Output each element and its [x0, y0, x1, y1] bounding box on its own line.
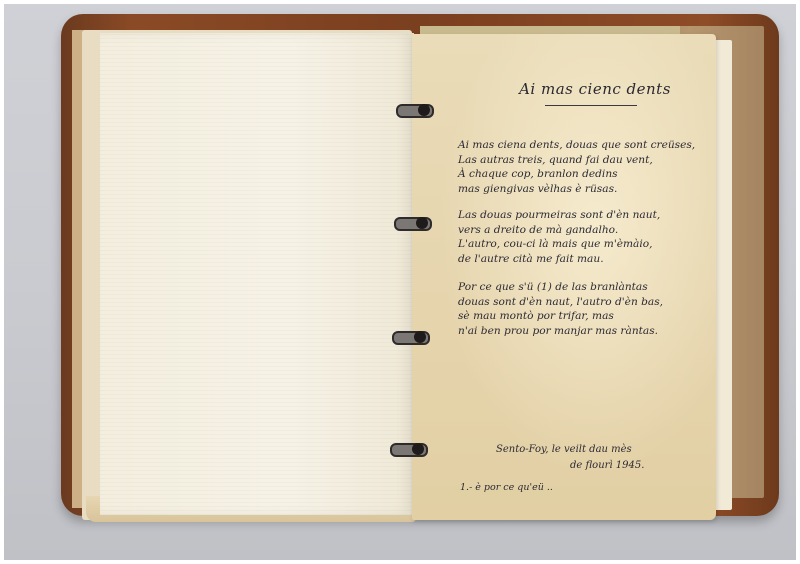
- stanza-1: Ai mas ciena dents, douas que sont creüs…: [458, 138, 718, 196]
- signature-place: Sento-Foy, le veilt dau mès: [496, 444, 632, 455]
- ring-hole: [416, 217, 428, 229]
- title-underline: [545, 105, 637, 106]
- ring-hole: [414, 331, 426, 343]
- stanza-2: Las douas pourmeiras sont d'èn naut, ver…: [458, 208, 718, 266]
- ring-hole: [418, 104, 430, 116]
- poem-line: douas sont d'èn naut, l'autro d'èn bas,: [458, 295, 718, 310]
- poem-line: de l'autre cità me fait mau.: [458, 252, 718, 267]
- poem-line: Ai mas ciena dents, douas que sont creüs…: [458, 138, 718, 153]
- footnote: 1.- è por ce qu'eü ..: [460, 482, 553, 493]
- ring-hole: [412, 443, 424, 455]
- poem-line: Las douas pourmeiras sont d'èn naut,: [458, 208, 718, 223]
- left-page-blank: [100, 33, 414, 515]
- poem-line: À chaque cop, branlon dedins: [458, 167, 718, 182]
- poem-line: n'ai ben prou por manjar mas ràntas.: [458, 324, 718, 339]
- signature-date: de flourì 1945.: [570, 460, 644, 471]
- poem-line: Por ce que s'ü (1) de las branlàntas: [458, 280, 718, 295]
- poem-line: sè mau montò por trifar, mas: [458, 309, 718, 324]
- poem-title: Ai mas cienc dents: [500, 80, 690, 98]
- poem-line: L'autro, cou-ci là mais que m'èmàio,: [458, 237, 718, 252]
- stanza-3: Por ce que s'ü (1) de las branlàntas dou…: [458, 280, 718, 338]
- poem-line: mas giengivas vèlhas è rüsas.: [458, 182, 718, 197]
- poem-line: Las autras treis, quand fai dau vent,: [458, 153, 718, 168]
- poem-line: vers a dreito de mà gandalho.: [458, 223, 718, 238]
